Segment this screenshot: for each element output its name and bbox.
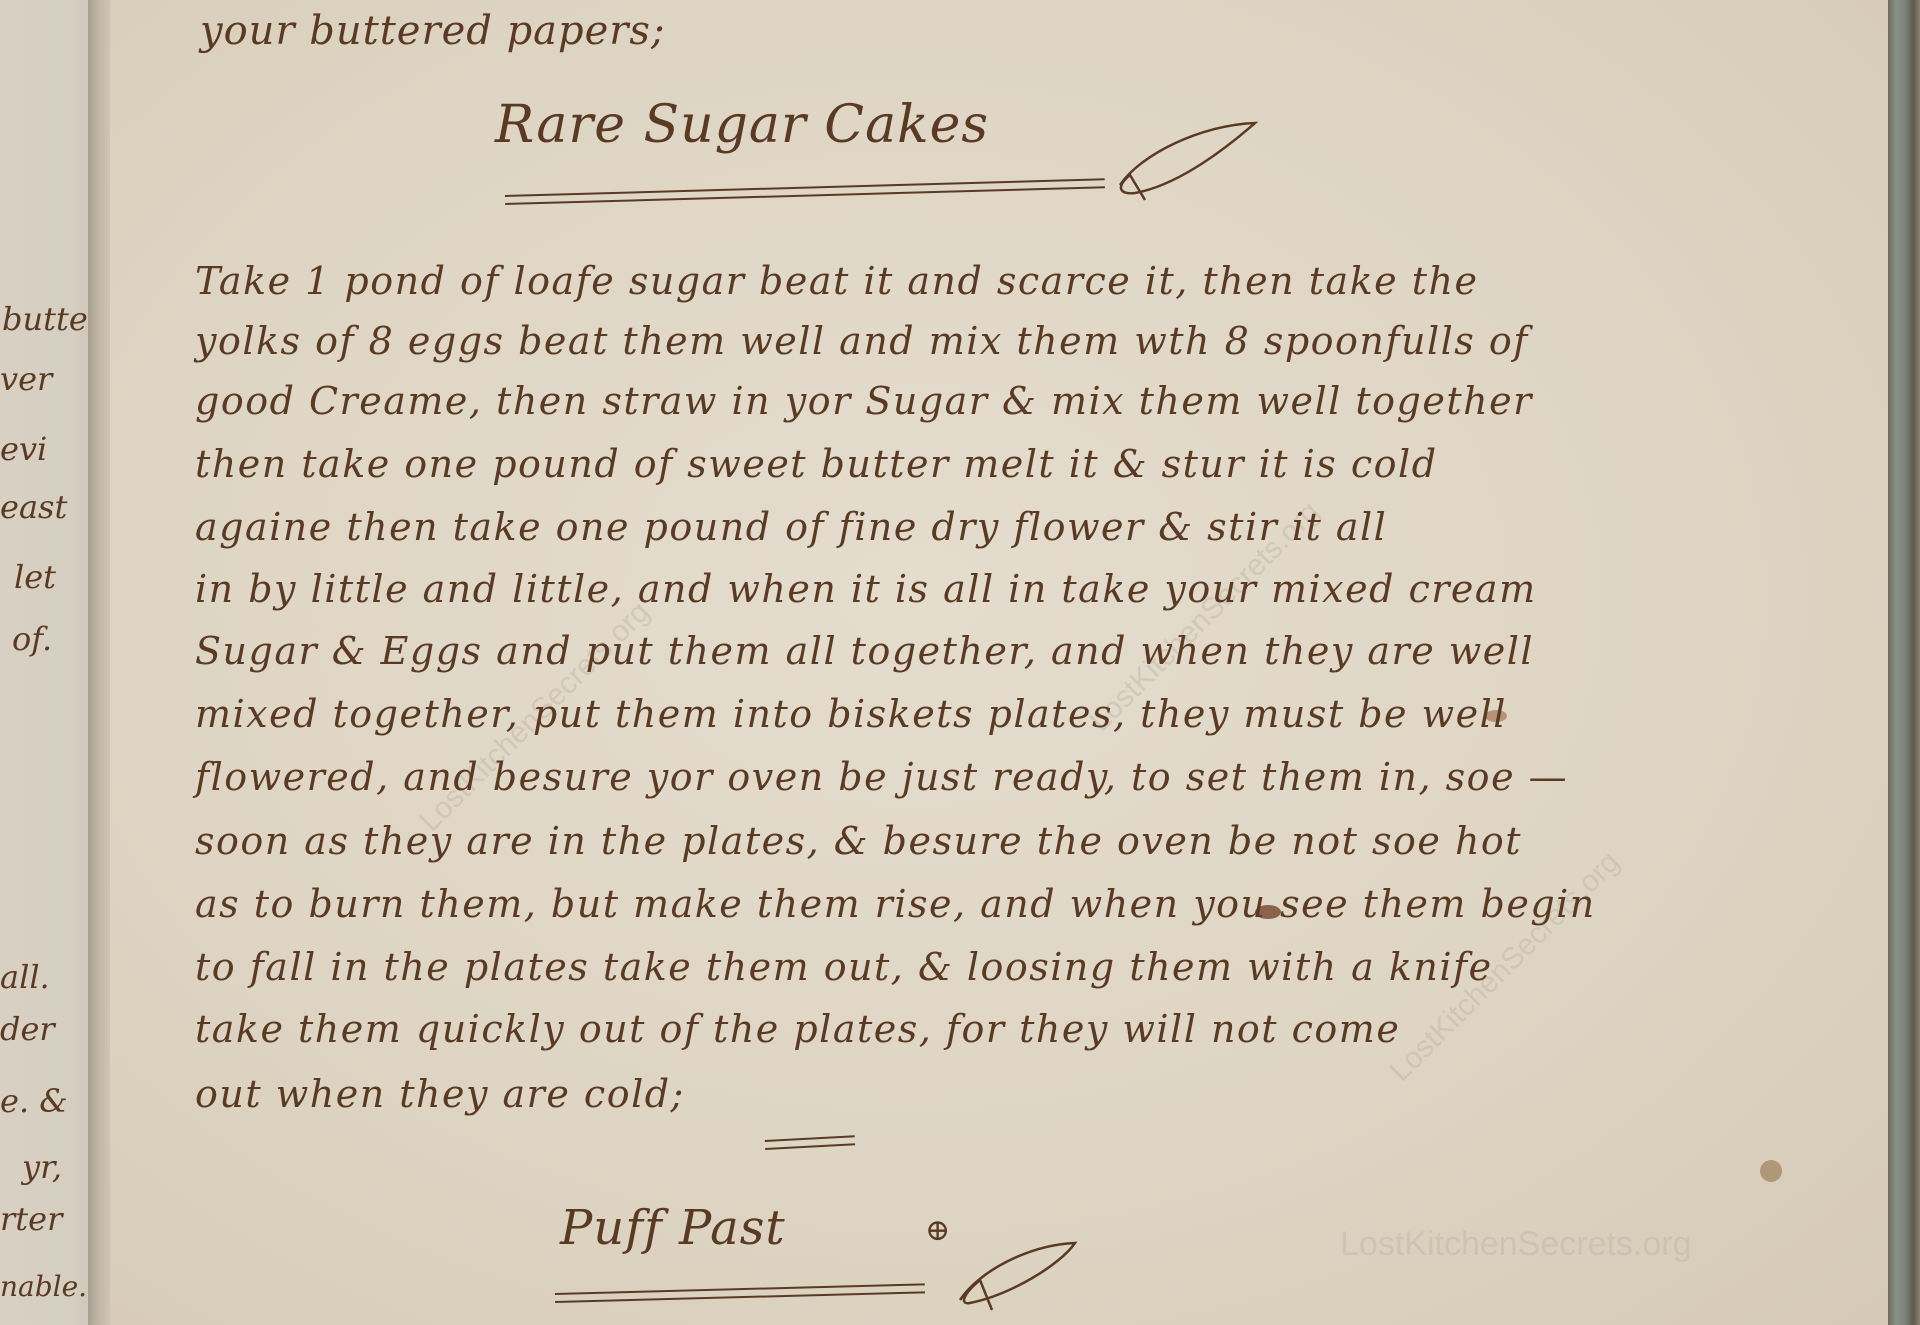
margin-fragment: ver: [0, 360, 52, 398]
recipe-line: yolks of 8 eggs beat them well and mix t…: [195, 322, 1855, 360]
margin-fragment: rter: [0, 1200, 62, 1238]
margin-fragment: all.: [0, 958, 50, 996]
recipe-line: to fall in the plates take them out, & l…: [195, 948, 1855, 986]
previous-recipe-ending: your buttered papers;: [200, 8, 665, 54]
margin-fragment: der: [0, 1010, 55, 1048]
cross-circle-icon: ⊕: [925, 1213, 950, 1248]
title-flourish-icon: [1100, 115, 1270, 215]
margin-fragment: let: [14, 558, 56, 596]
recipe-line: take them quickly out of the plates, for…: [195, 1010, 1855, 1048]
margin-fragment: butter: [2, 300, 90, 338]
margin-fragment: yr,: [22, 1148, 62, 1186]
recipe-line: soon as they are in the plates, & besure…: [195, 822, 1855, 860]
margin-fragment: of.: [12, 620, 52, 658]
recipe-line: mixed together, put them into biskets pl…: [195, 695, 1855, 733]
next-title-flourish-icon: [950, 1225, 1100, 1325]
margin-fragment: nable.: [0, 1270, 87, 1303]
margin-fragment: e. &: [0, 1082, 68, 1120]
recipe-line: Sugar & Eggs and put them all together, …: [195, 632, 1855, 670]
paper-spot: [1760, 1160, 1782, 1182]
left-page: butter ver evi east let of. all. der e. …: [0, 0, 90, 1325]
recipe-line: then take one pound of sweet butter melt…: [195, 445, 1855, 483]
recipe-line: flowered, and besure yor oven be just re…: [195, 758, 1855, 796]
margin-fragment: evi: [0, 430, 47, 468]
recipe-line: againe then take one pound of fine dry f…: [195, 508, 1855, 546]
recipe-title: Rare Sugar Cakes: [495, 95, 989, 155]
recipe-line: in by little and little, and when it is …: [195, 570, 1855, 608]
margin-fragment: east: [0, 488, 67, 526]
recipe-line: Take 1 pond of loafe sugar beat it and s…: [195, 262, 1855, 300]
recipe-line: good Creame, then straw in yor Sugar & m…: [195, 382, 1855, 420]
next-recipe-title: Puff Past: [560, 1200, 786, 1256]
book-binding-edge: [1888, 0, 1920, 1325]
recipe-line: out when they are cold;: [195, 1075, 1855, 1113]
recipe-line: as to burn them, but make them rise, and…: [195, 885, 1855, 923]
